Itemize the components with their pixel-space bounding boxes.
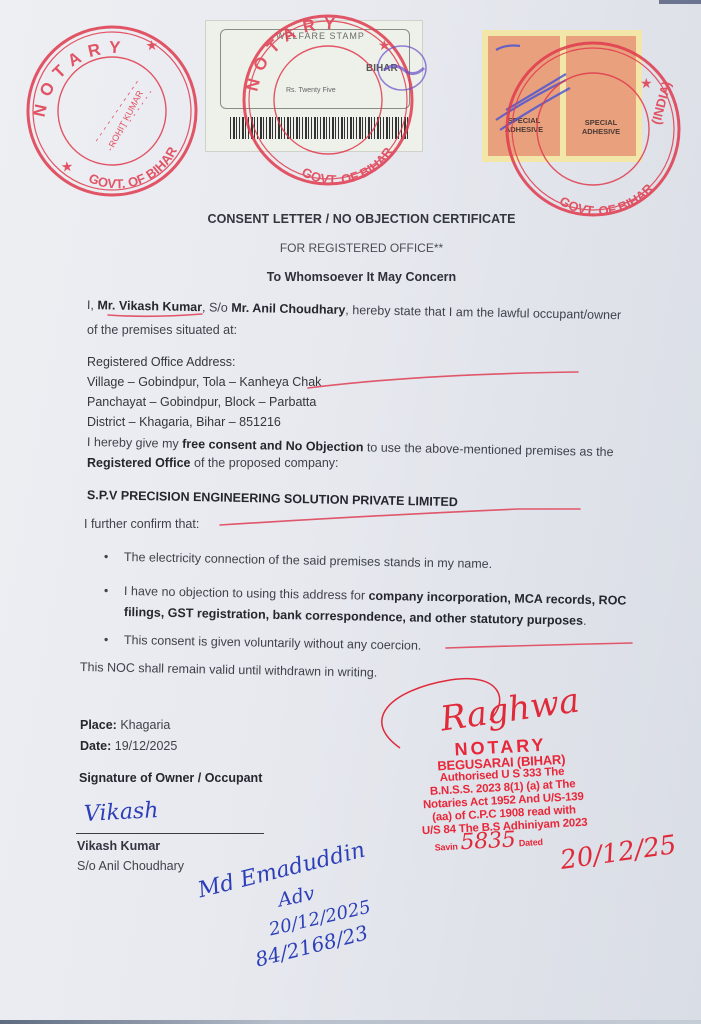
photo-bottom-edge [0, 1020, 701, 1024]
notary-reg-no: 5835 [460, 827, 516, 855]
document-page: NOTARY GOVT. OF BIHAR ★ ★ ROHIT KUMAR WE… [0, 0, 701, 1024]
notary-endorsement-stamp: NOTARY BEGUSARAI (BIHAR) Authorised U S … [415, 734, 591, 856]
